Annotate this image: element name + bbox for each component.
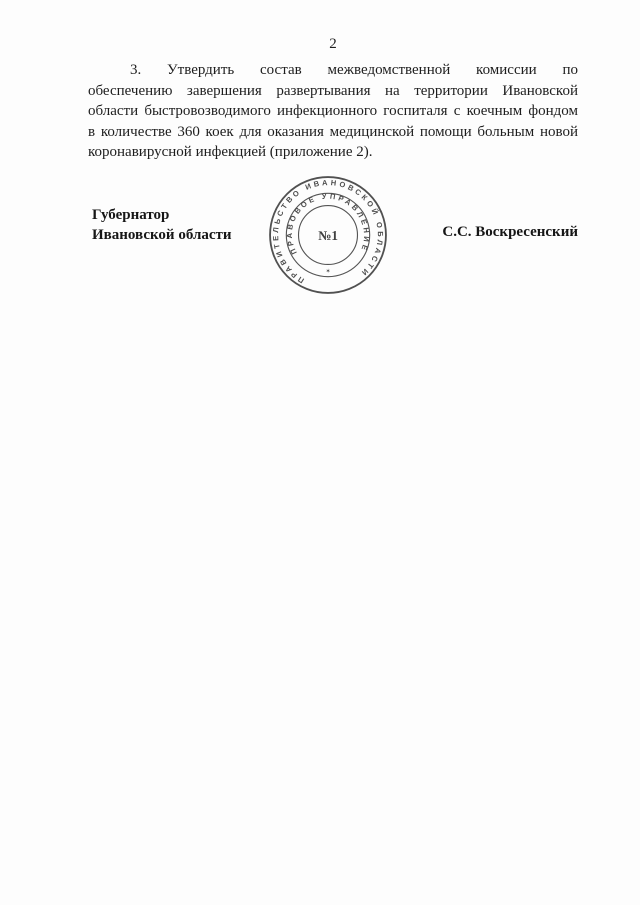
signer-name: С.С. Воскресенский (88, 222, 578, 242)
paragraph-line-1: 3. Утвердить состав межведомственной ком… (88, 60, 578, 81)
paragraph-line-2: обеспечению завершения развертывания на … (88, 81, 578, 102)
body-paragraph: 3. Утвердить состав межведомственной ком… (88, 60, 578, 163)
page-number: 2 (88, 34, 578, 54)
paragraph-line-4: в количестве 360 коек для оказания медиц… (88, 122, 578, 143)
paragraph-line-5: коронавирусной инфекцией (приложение 2). (88, 142, 578, 163)
document-page: 2 3. Утвердить состав межведомственной к… (0, 0, 640, 905)
paragraph-line-3: области быстровозводимого инфекционного … (88, 101, 578, 122)
stamp-separator-star: ✶ (325, 267, 330, 274)
